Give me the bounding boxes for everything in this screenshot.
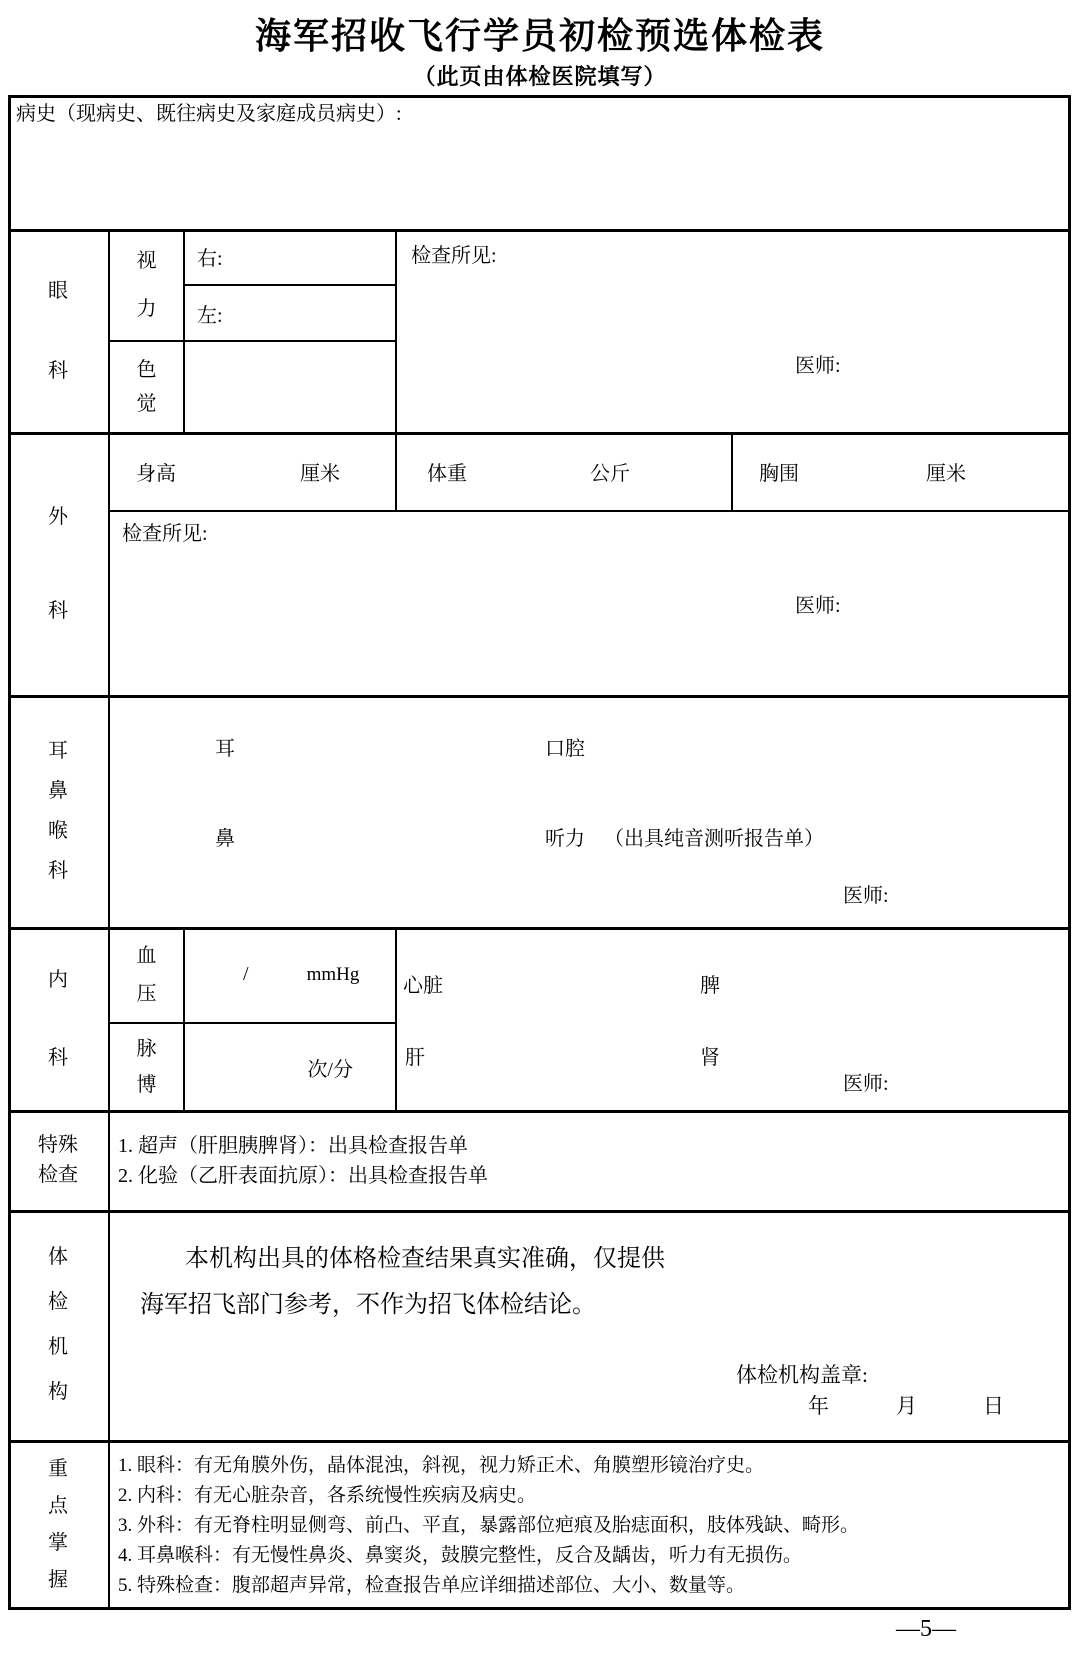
internal-pulse-unit-cell: 次/分 xyxy=(185,1024,395,1110)
eye-findings-label: 检查所见: xyxy=(411,244,497,268)
internal-bp-value-cell: / mmHg xyxy=(185,927,395,1022)
key-point-4: 4. 耳鼻喉科：有无慢性鼻炎、鼻窦炎，鼓膜完整性，反合及龋齿，听力有无损伤。 xyxy=(118,1545,802,1567)
ent-oral-label: 口腔 xyxy=(545,737,585,761)
ent-nose-label: 鼻 xyxy=(215,827,235,851)
internal-liver-label: 肝 xyxy=(405,1046,425,1070)
section-label-ent: 耳鼻喉科 xyxy=(8,695,108,927)
internal-pulse-label: 脉博 xyxy=(110,1024,183,1110)
surgery-findings-label: 检查所见: xyxy=(122,522,208,546)
ent-hearing-label: 听力 （出具纯音测听报告单） xyxy=(545,827,824,851)
internal-spleen-label: 脾 xyxy=(700,974,720,998)
eye-physician-label: 医师: xyxy=(795,354,841,378)
agency-statement-line2: 海军招飞部门参考，不作为招飞体检结论。 xyxy=(140,1293,596,1317)
internal-physician-label: 医师: xyxy=(843,1072,889,1096)
ent-ear-label: 耳 xyxy=(215,737,235,761)
surgery-physician-label: 医师: xyxy=(795,594,841,618)
key-point-5: 5. 特殊检查：腹部超声异常，检查报告单应详细描述部位、大小、数量等。 xyxy=(118,1575,745,1597)
grid-line xyxy=(8,695,1071,698)
section-label-internal: 内科 xyxy=(8,927,108,1110)
section-label-surgery: 外科 xyxy=(8,432,108,695)
section-label-agency: 体检机构 xyxy=(8,1210,108,1440)
key-point-2: 2. 内科：有无心脏杂音，各系统慢性疾病及病史。 xyxy=(118,1485,536,1507)
history-label: 病史（现病史、既往病史及家庭成员病史）: xyxy=(16,102,402,126)
agency-day-label: 日 xyxy=(983,1394,1004,1418)
surgery-weight-cell: 体重 公斤 xyxy=(397,432,731,510)
form-subtitle: （此页由体检医院填写） xyxy=(0,60,1080,91)
internal-kidney-label: 肾 xyxy=(700,1046,720,1070)
grid-line xyxy=(395,927,397,1110)
grid-line xyxy=(8,1440,1071,1443)
eye-vision-right-cell: 右: xyxy=(185,229,407,284)
key-point-3: 3. 外科：有无脊柱明显侧弯、前凸、平直，暴露部位疤痕及胎痣面积，肢体残缺、畸形… xyxy=(118,1515,859,1537)
grid-line xyxy=(8,1210,1071,1213)
key-point-1: 1. 眼科：有无角膜外伤，晶体混浊，斜视，视力矫正术、角膜塑形镜治疗史。 xyxy=(118,1455,764,1477)
surgery-chest-cell: 胸围 厘米 xyxy=(733,432,1071,510)
form-title: 海军招收飞行学员初检预选体检表 xyxy=(0,8,1080,59)
section-label-key-points: 重点掌握 xyxy=(8,1440,108,1610)
surgery-height-cell: 身高 厘米 xyxy=(110,432,395,510)
grid-line xyxy=(8,1110,1071,1113)
page-number: —5— xyxy=(878,1616,974,1643)
grid-line xyxy=(108,510,1071,512)
section-label-eye: 眼科 xyxy=(8,229,108,432)
agency-month-label: 月 xyxy=(896,1394,917,1418)
section-label-special: 特殊检查 xyxy=(8,1110,108,1210)
special-item-1: 1. 超声（肝胆胰脾肾）：出具检查报告单 xyxy=(118,1134,468,1158)
special-item-2: 2. 化验（乙肝表面抗原）：出具检查报告单 xyxy=(118,1164,488,1188)
internal-heart-label: 心脏 xyxy=(403,974,443,998)
internal-bp-label: 血压 xyxy=(110,927,183,1022)
agency-statement-line1: 本机构出具的体格检查结果真实准确，仅提供 xyxy=(185,1247,665,1271)
eye-vision-left-cell: 左: xyxy=(185,286,407,340)
agency-seal-label: 体检机构盖章: xyxy=(736,1363,868,1387)
agency-year-label: 年 xyxy=(808,1394,829,1418)
eye-vision-label: 视力 xyxy=(110,229,183,340)
eye-color-vision-label: 色觉 xyxy=(110,342,183,432)
ent-physician-label: 医师: xyxy=(843,884,889,908)
exam-form-page: 海军招收飞行学员初检预选体检表 （此页由体检医院填写） 病史（现病史、既往病史及… xyxy=(0,0,1080,1658)
